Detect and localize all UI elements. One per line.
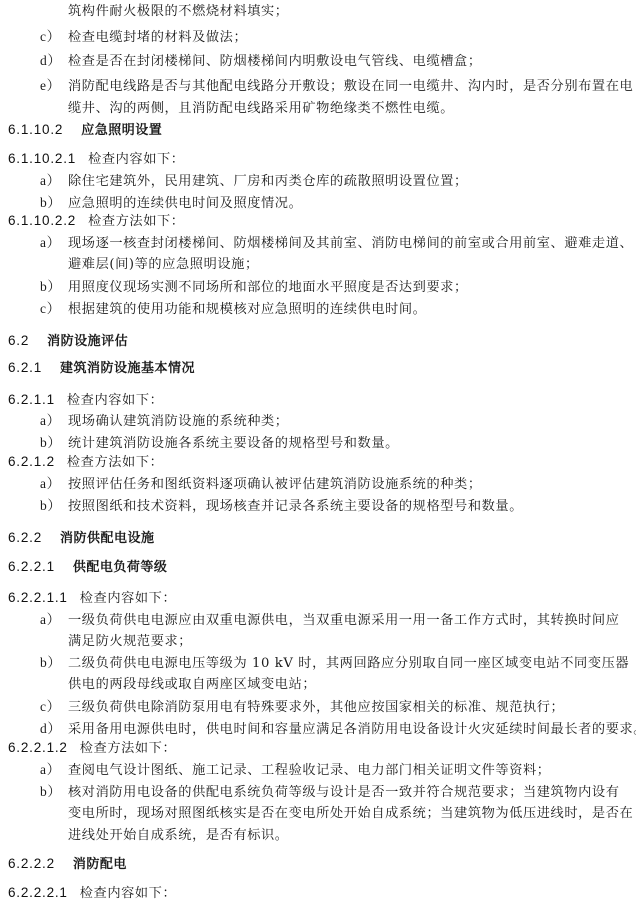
list-item-continuation: 筑构件耐火极限的不燃烧材料填实；: [68, 2, 289, 22]
section-heading: 6.2.2.2消防配电: [8, 854, 127, 875]
list-item-continuation: 进线处开始自成系统，是否有标识。: [68, 826, 289, 846]
list-item-text: 二级负荷供电电源电压等级为 10 kV 时，其两回路应分别取自同一座区域变电站不…: [68, 656, 629, 671]
clause-number: 6.1.10.2.1: [8, 151, 76, 166]
paragraph-text: 避难层(间)等的应急照明设施；: [68, 257, 259, 272]
clause: 6.2.2.2.1检查内容如下：: [8, 883, 176, 904]
list-marker: b）: [40, 782, 68, 802]
section-title: 建筑消防设施基本情况: [60, 361, 195, 376]
list-item: b）按照图纸和技术资料，现场核查并记录各系统主要设备的规格型号和数量。: [40, 496, 523, 517]
clause-text: 检查方法如下：: [88, 214, 185, 229]
clause: 6.2.1.1检查内容如下：: [8, 390, 163, 411]
section-title: 消防供配电设施: [60, 531, 155, 546]
list-item-text: 三级负荷供电除消防泵用电有特殊要求外，其他应按国家相关的标准、规范执行；: [68, 700, 564, 715]
clause-text: 检查内容如下：: [80, 886, 177, 901]
list-marker: c）: [40, 697, 68, 717]
list-item: c）检查电缆封堵的材料及做法；: [40, 27, 247, 48]
list-item-text: 查阅电气设计图纸、施工记录、工程验收记录、电力部门相关证明文件等资料；: [68, 763, 551, 778]
section-number: 6.2.1: [8, 360, 42, 375]
list-marker: d）: [40, 719, 68, 739]
list-item: a）一级负荷供电电源应由双重电源供电，当双重电源采用一用一备工作方式时，其转换时…: [40, 610, 620, 631]
list-item-text: 按照图纸和技术资料，现场核查并记录各系统主要设备的规格型号和数量。: [68, 499, 523, 514]
list-item-text: 除住宅建筑外，民用建筑、厂房和丙类仓库的疏散照明设置位置；: [68, 174, 468, 189]
clause-number: 6.2.1.1: [8, 392, 55, 407]
list-item: a）查阅电气设计图纸、施工记录、工程验收记录、电力部门相关证明文件等资料；: [40, 760, 551, 781]
list-marker: a）: [40, 760, 68, 780]
list-item-continuation: 变电所时，现场对照图纸核实是否在变电所处开始自成系统；当建筑物为低压进线时，是否…: [68, 804, 633, 824]
section-number: 6.2.2.2: [8, 856, 55, 871]
list-item: c）根据建筑的使用功能和规模核对应急照明的连续供电时间。: [40, 299, 426, 320]
list-item-text: 核对消防用电设备的供配电系统负荷等级与设计是否一致并符合规范要求；当建筑物内设有: [68, 785, 620, 800]
clause: 6.2.2.1.2检查方法如下：: [8, 738, 176, 759]
clause-number: 6.1.10.2.2: [8, 213, 76, 228]
section-heading: 6.2消防设施评估: [8, 331, 128, 352]
section-title: 应急照明设置: [81, 123, 162, 138]
list-item: b）用照度仪现场实测不同场所和部位的地面水平照度是否达到要求；: [40, 277, 468, 298]
list-item: a）现场逐一核查封闭楼梯间、防烟楼梯间及其前室、消防电梯间的前室或合用前室、避难…: [40, 233, 633, 254]
list-item-text: 现场确认建筑消防设施的系统种类；: [68, 414, 289, 429]
section-heading: 6.2.1建筑消防设施基本情况: [8, 358, 195, 379]
clause: 6.1.10.2.2检查方法如下：: [8, 211, 185, 232]
list-marker: b）: [40, 653, 68, 673]
clause-text: 检查内容如下：: [88, 152, 185, 167]
list-item-text: 一级负荷供电电源应由双重电源供电，当双重电源采用一用一备工作方式时，其转换时间应: [68, 613, 620, 628]
section-number: 6.2.2.1: [8, 559, 55, 574]
clause: 6.2.2.1.1检查内容如下：: [8, 588, 176, 609]
section-number: 6.2.2: [8, 530, 42, 545]
section-number: 6.2: [8, 333, 29, 348]
section-title: 消防配电: [73, 857, 127, 872]
section-title: 供配电负荷等级: [73, 560, 168, 575]
list-marker: b）: [40, 433, 68, 453]
list-item-text: 用照度仪现场实测不同场所和部位的地面水平照度是否达到要求；: [68, 280, 468, 295]
paragraph-text: 供电的两段母线或取自两座区域变电站；: [68, 677, 316, 692]
section-number: 6.1.10.2: [8, 122, 63, 137]
list-marker: b）: [40, 193, 68, 213]
list-item: b）统计建筑消防设施各系统主要设备的规格型号和数量。: [40, 433, 399, 454]
clause-text: 检查内容如下：: [67, 393, 164, 408]
section-title: 消防设施评估: [47, 334, 128, 349]
list-item-text: 检查是否在封闭楼梯间、防烟楼梯间内明敷设电气管线、电缆槽盒；: [68, 54, 482, 69]
list-item: d）采用备用电源供电时，供电时间和容量应满足各消防用电设备设计火灾延续时间最长者…: [40, 719, 636, 740]
list-item-continuation: 供电的两段母线或取自两座区域变电站；: [68, 675, 316, 695]
list-item-text: 按照评估任务和图纸资料逐项确认被评估建筑消防设施系统的种类；: [68, 477, 482, 492]
list-marker: a）: [40, 474, 68, 494]
list-marker: b）: [40, 496, 68, 516]
list-marker: a）: [40, 610, 68, 630]
list-item: d）检查是否在封闭楼梯间、防烟楼梯间内明敷设电气管线、电缆槽盒；: [40, 51, 482, 72]
list-item-text: 检查电缆封堵的材料及做法；: [68, 30, 247, 45]
list-marker: b）: [40, 277, 68, 297]
list-marker: e）: [40, 76, 68, 96]
list-marker: c）: [40, 299, 68, 319]
paragraph-text: 进线处开始自成系统，是否有标识。: [68, 828, 289, 843]
list-item: e）消防配电线路是否与其他配电线路分开敷设；敷设在同一电缆井、沟内时，是否分别布…: [40, 76, 633, 97]
list-item-text: 现场逐一核查封闭楼梯间、防烟楼梯间及其前室、消防电梯间的前室或合用前室、避难走道…: [68, 236, 633, 251]
clause: 6.2.1.2检查方法如下：: [8, 452, 163, 473]
clause: 6.1.10.2.1检查内容如下：: [8, 149, 185, 170]
list-item-text: 根据建筑的使用功能和规模核对应急照明的连续供电时间。: [68, 302, 426, 317]
clause-number: 6.2.1.2: [8, 454, 55, 469]
list-item-continuation: 缆井、沟的两侧，且消防配电线路采用矿物绝缘类不燃性电缆。: [68, 99, 454, 119]
list-marker: a）: [40, 171, 68, 191]
clause-text: 检查方法如下：: [80, 741, 177, 756]
list-item-text: 消防配电线路是否与其他配电线路分开敷设；敷设在同一电缆井、沟内时，是否分别布置在…: [68, 79, 633, 94]
clause-text: 检查方法如下：: [67, 455, 164, 470]
list-marker: c）: [40, 27, 68, 47]
list-item: b）核对消防用电设备的供配电系统负荷等级与设计是否一致并符合规范要求；当建筑物内…: [40, 782, 620, 803]
section-heading: 6.1.10.2应急照明设置: [8, 120, 162, 141]
list-item: a）按照评估任务和图纸资料逐项确认被评估建筑消防设施系统的种类；: [40, 474, 482, 495]
list-item-text: 采用备用电源供电时，供电时间和容量应满足各消防用电设备设计火灾延续时间最长者的要…: [68, 722, 636, 737]
clause-number: 6.2.2.1.2: [8, 740, 68, 755]
list-item-continuation: 避难层(间)等的应急照明设施；: [68, 255, 259, 275]
paragraph-text: 满足防火规范要求；: [68, 634, 192, 649]
clause-text: 检查内容如下：: [80, 591, 177, 606]
section-heading: 6.2.2消防供配电设施: [8, 528, 155, 549]
clause-number: 6.2.2.1.1: [8, 590, 68, 605]
paragraph-text: 缆井、沟的两侧，且消防配电线路采用矿物绝缘类不燃性电缆。: [68, 101, 454, 116]
list-item: a）现场确认建筑消防设施的系统种类；: [40, 411, 289, 432]
list-item: b）二级负荷供电电源电压等级为 10 kV 时，其两回路应分别取自同一座区域变电…: [40, 653, 629, 674]
list-item-continuation: 满足防火规范要求；: [68, 632, 192, 652]
list-marker: a）: [40, 411, 68, 431]
list-item: c）三级负荷供电除消防泵用电有特殊要求外，其他应按国家相关的标准、规范执行；: [40, 697, 564, 718]
clause-number: 6.2.2.2.1: [8, 885, 68, 900]
paragraph-text: 筑构件耐火极限的不燃烧材料填实；: [68, 4, 289, 19]
paragraph-text: 变电所时，现场对照图纸核实是否在变电所处开始自成系统；当建筑物为低压进线时，是否…: [68, 806, 633, 821]
list-item: a）除住宅建筑外，民用建筑、厂房和丙类仓库的疏散照明设置位置；: [40, 171, 468, 192]
list-item-text: 应急照明的连续供电时间及照度情况。: [68, 196, 302, 211]
list-marker: a）: [40, 233, 68, 253]
list-marker: d）: [40, 51, 68, 71]
section-heading: 6.2.2.1供配电负荷等级: [8, 557, 167, 578]
list-item-text: 统计建筑消防设施各系统主要设备的规格型号和数量。: [68, 436, 399, 451]
